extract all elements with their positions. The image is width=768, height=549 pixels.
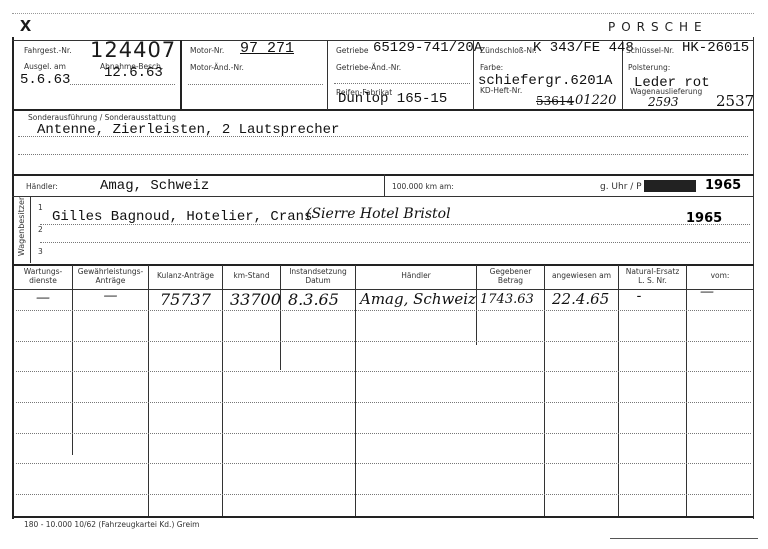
owners-side-label: Wagenbesitzer <box>17 197 26 256</box>
col-header-km: km-Stand <box>223 271 280 280</box>
header-sep-2 <box>327 40 328 110</box>
dealer-stamp-year: 1965 <box>705 178 741 193</box>
kd-book-label: KD-Heft-Nr. <box>480 86 522 95</box>
tyres-value: Dunlop 165-15 <box>338 91 447 107</box>
redacted-stamp <box>644 180 696 192</box>
upholstery-label: Polsterung: <box>628 63 670 72</box>
owner-2-dots <box>40 242 750 243</box>
owner-3-num: 3 <box>38 247 43 256</box>
engine-value: 97 271 <box>240 40 294 57</box>
col-sep-7 <box>544 265 545 516</box>
table-rule-4 <box>16 402 751 403</box>
col-header-maintenance: Wartungs- dienste <box>14 267 72 285</box>
col-sep-2 <box>148 265 149 516</box>
col-sep-5 <box>355 265 356 516</box>
cell-assigned: 22.4.65 <box>552 290 609 308</box>
table-bottom-line <box>12 516 754 518</box>
cell-warranty: — <box>73 288 148 304</box>
cell-maintenance: — <box>14 290 72 306</box>
owner-2-num: 2 <box>38 225 43 234</box>
header-sep-1 <box>180 40 182 110</box>
delivered-label: Ausgel. am <box>24 62 66 71</box>
special-equipment-label: Sonderausführung / Sonderausstattung <box>28 113 176 122</box>
cell-replacement: - <box>619 288 659 304</box>
delivered-dots <box>70 84 175 85</box>
owner-1-typed: Gilles Bagnoud, Hotelier, Crans <box>52 209 312 225</box>
col-header-repair-date: Instandsetzung Datum <box>281 267 355 285</box>
dealer-sep <box>384 174 385 196</box>
col-sep-3 <box>222 265 223 516</box>
gearbox-change-dots <box>334 83 470 84</box>
engine-change-label: Motor-Änd.-Nr. <box>190 63 244 72</box>
footer-line <box>610 538 758 539</box>
chassis-value: 124407 <box>90 38 176 62</box>
gearbox-label: Getriebe <box>336 46 369 55</box>
col-header-dealer: Händler <box>356 271 476 280</box>
owner-1-dots <box>40 224 750 225</box>
car-delivery-value: 2593 <box>648 95 679 109</box>
col-header-warranty: Gewährleistungs- Anträge <box>73 267 148 285</box>
dealer-top-line <box>12 174 754 176</box>
engine-change-dots <box>188 84 323 85</box>
col-sep-9 <box>686 265 687 516</box>
gearbox-value: 65129-741/20A <box>373 40 482 56</box>
table-rule-5 <box>16 433 751 434</box>
car-delivery-extra: 2537 <box>716 92 754 110</box>
engine-label: Motor-Nr. <box>190 46 224 55</box>
acceptance-value: 12.6.63 <box>104 65 163 81</box>
table-rule-2 <box>16 341 751 342</box>
card-top-border <box>12 13 754 14</box>
table-rule-7 <box>16 494 751 495</box>
cell-repair-date: 8.3.65 <box>288 290 339 309</box>
col-header-goodwill: Kulanz-Anträge <box>149 271 222 280</box>
cell-from: — <box>687 284 727 300</box>
ignition-label: Zündschloß-Nr. <box>480 46 537 55</box>
brand-logo: PORSCHE <box>608 20 708 34</box>
key-label: Schlüssel-Nr. <box>626 46 674 55</box>
gearbox-change-label: Getriebe-Änd.-Nr. <box>336 63 401 72</box>
chassis-label: Fahrgest.-Nr. <box>24 46 72 55</box>
table-rule-6 <box>16 463 751 464</box>
cell-km: 33700 <box>230 290 281 309</box>
dealer-label: Händler: <box>26 182 58 191</box>
col-header-amount: Gegebener Betrag <box>477 267 544 285</box>
cell-amount: 1743.63 <box>480 292 534 307</box>
owner-1-hand: (Sierre Hotel Bristol <box>306 206 451 222</box>
dealer-value: Amag, Schweiz <box>100 178 209 194</box>
owner-1-num: 1 <box>38 203 43 212</box>
table-rule-3 <box>16 371 751 372</box>
table-top-line <box>12 264 754 266</box>
footer-print-info: 180 - 10.000 10/62 (Fahrzeugkartei Kd.) … <box>24 520 200 529</box>
col-header-replacement: Natural-Ersatz L. S. Nr. <box>619 267 686 285</box>
cell-dealer: Amag, Schweiz <box>360 290 476 308</box>
col-header-assigned: angewiesen am <box>545 271 618 280</box>
special-equipment-dots-2 <box>18 154 748 155</box>
kd-book-value: 01220 <box>575 93 616 108</box>
owners-sep <box>30 197 31 263</box>
delivered-value: 5.6.63 <box>20 72 70 88</box>
special-equipment-dots-1 <box>18 136 748 137</box>
color-label: Farbe: <box>480 63 503 72</box>
header-bottom-line <box>12 109 754 111</box>
km-100k-label: 100.000 km am: <box>392 182 454 191</box>
key-value: HK-26015 <box>682 40 749 56</box>
corner-mark: x <box>20 14 31 37</box>
cell-goodwill: 75737 <box>160 290 211 309</box>
dealer-bottom-line <box>12 196 754 197</box>
col-header-from: vom: <box>687 271 753 280</box>
kd-book-old-value: 53614 <box>536 94 574 108</box>
table-rule-1 <box>16 310 751 311</box>
watch-label: g. Uhr / P <box>600 182 642 192</box>
ignition-value: K 343/FE 448 <box>533 40 634 56</box>
